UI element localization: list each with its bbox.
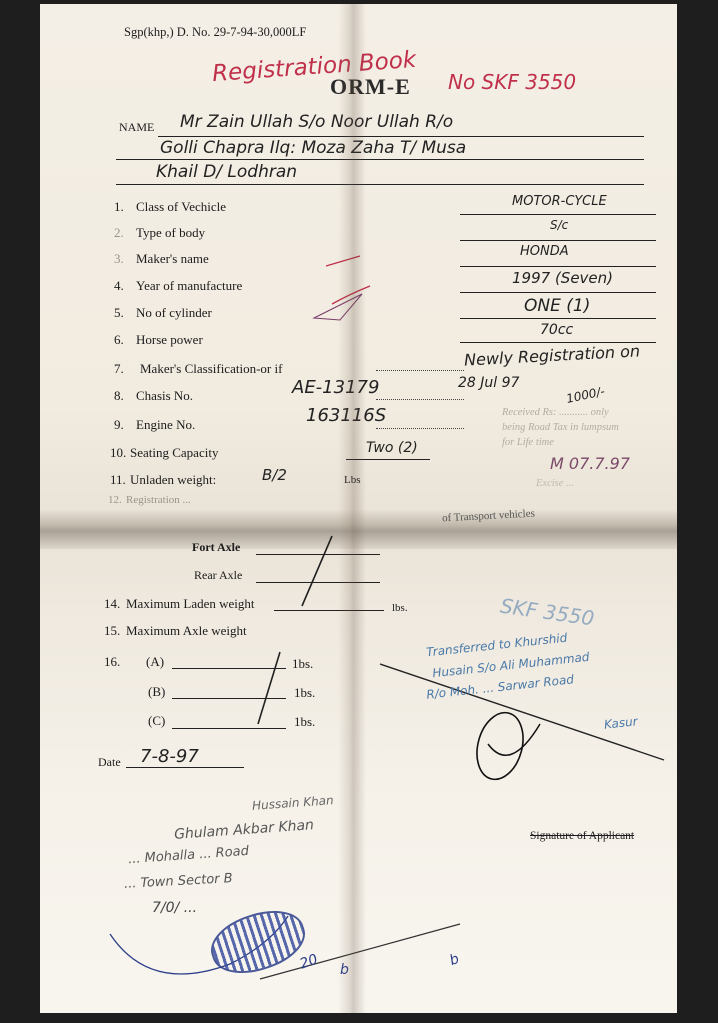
signature-of-applicant-label: Signature of Applicant	[530, 830, 634, 842]
date-label: Date	[98, 755, 121, 770]
bottom-mark-2: b	[340, 962, 349, 978]
field-unit: Lbs	[344, 474, 361, 486]
bottom-note-line-5: 7/0/ ...	[152, 900, 197, 916]
date-value: 7-8-97	[140, 746, 199, 767]
scanned-registration-form: Sgp(khp,) D. No. 29-7-94-30,000LF Regist…	[40, 4, 677, 1013]
